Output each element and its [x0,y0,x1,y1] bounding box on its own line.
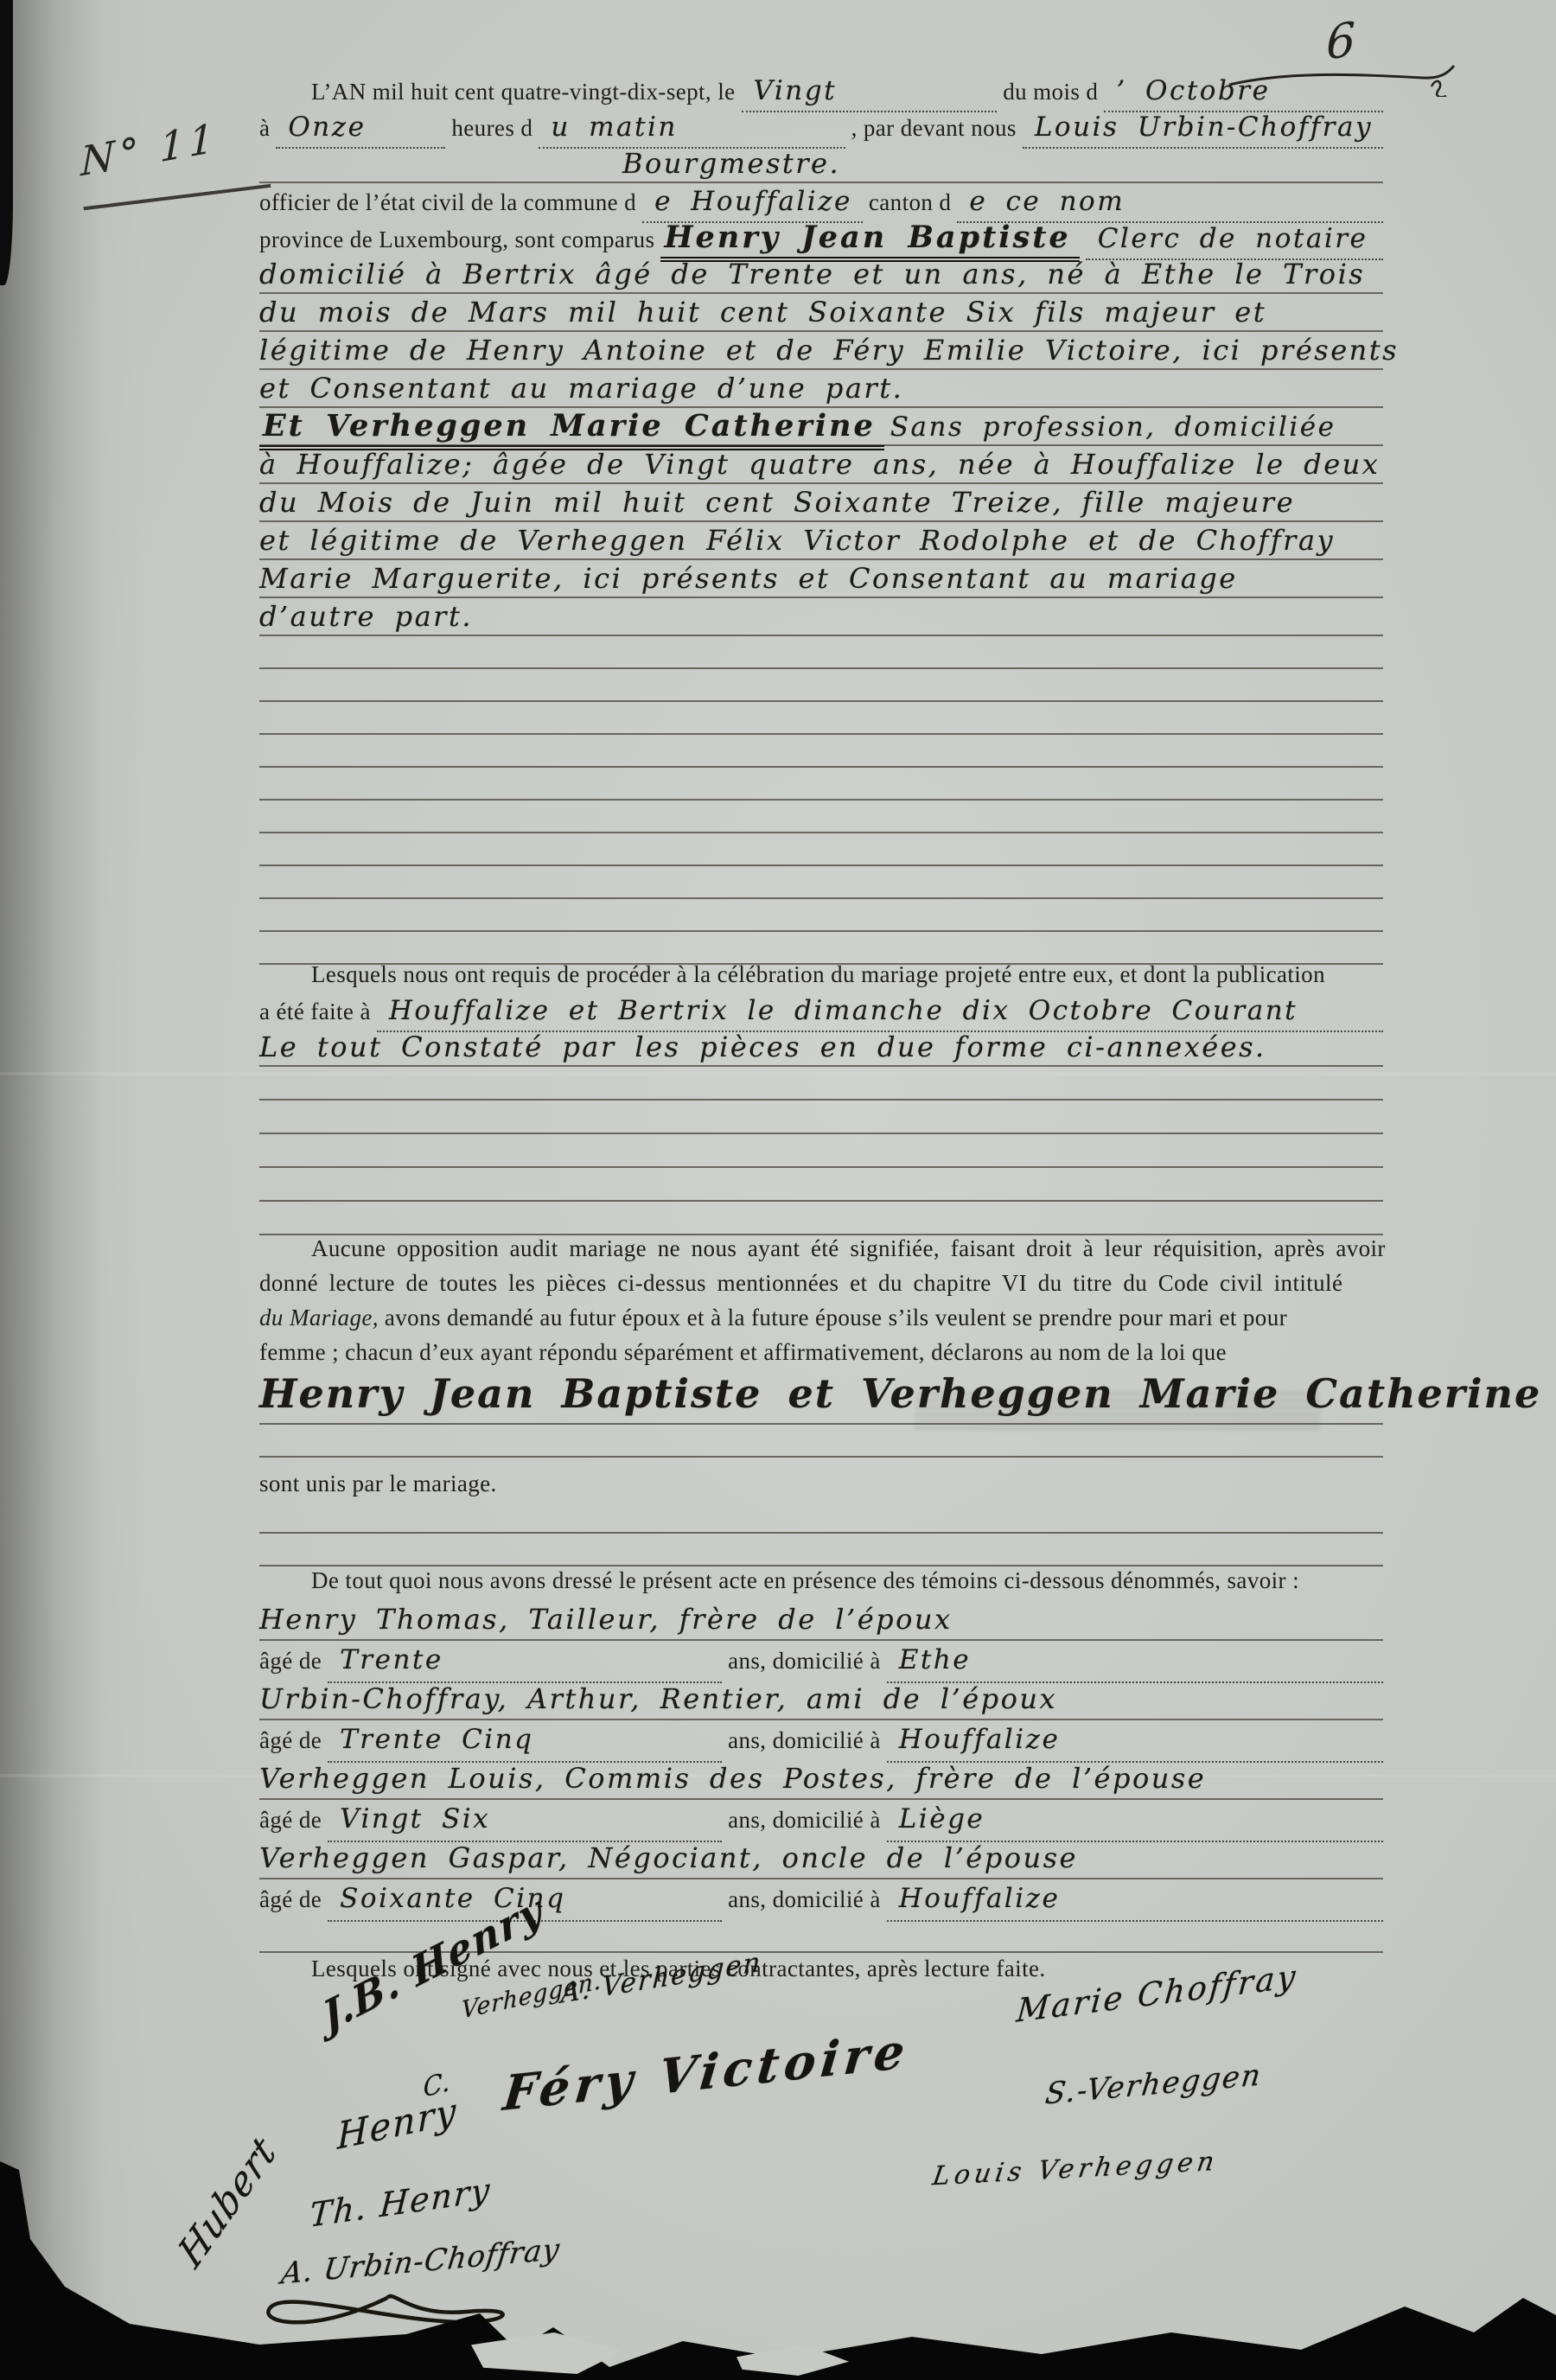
scan-edge-top-left [0,0,13,285]
signature-fery-victoire: Féry Victoire [501,2022,913,2122]
scanned-marriage-record-page: N° 11 6 L’AN mil huit cent quatre-vingt-… [0,0,1556,2380]
signature-jb-henry: J.B. Henry [318,1885,548,2041]
signature-a-verheggen: A. Verheggen [560,1946,762,2010]
signature-marie-choffray: Marie Choffray [1015,1957,1299,2030]
signature-th-henry: Th. Henry [309,2171,493,2235]
signature-hubert: Hubert [171,2127,284,2277]
signature-flourish [249,2274,534,2343]
scan-edge-left [0,0,14,2380]
signatures-block: J.B. HenryC.Verheggen.A. VerheggenMarie … [0,0,1556,2380]
signature-henry: Henry [337,2089,457,2158]
signature-s-verheggen: S.-Verheggen [1043,2058,1264,2111]
signature-louis-verheggen: Louis Verheggen [930,2147,1221,2192]
